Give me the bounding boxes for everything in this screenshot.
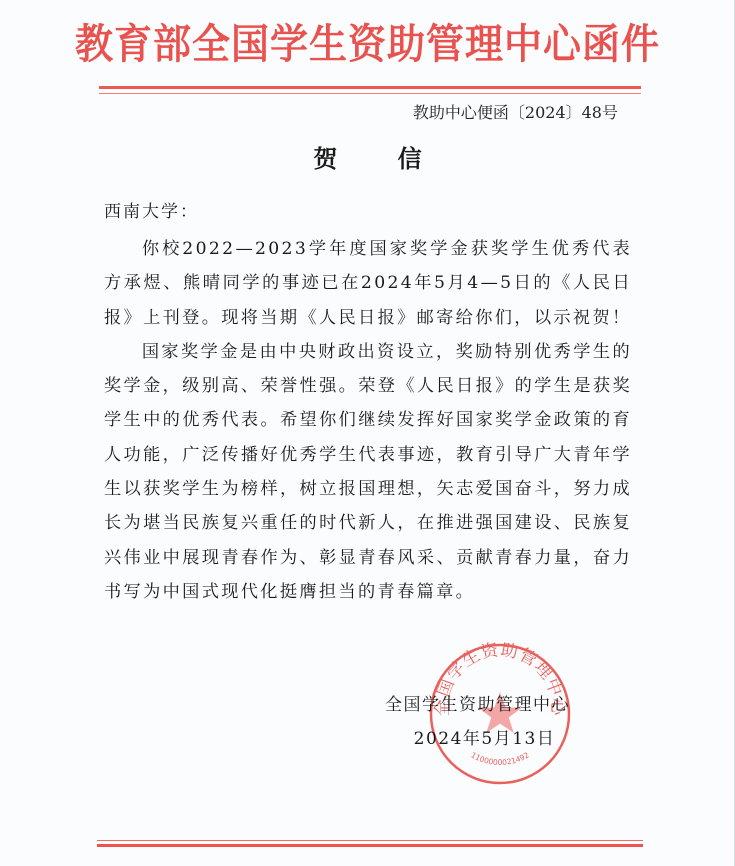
signature-block: 全国学生资助管理中心 2024年5月13日 xyxy=(385,688,570,756)
signature-organization: 全国学生资助管理中心 xyxy=(385,688,570,722)
footer-rule-thick xyxy=(97,844,643,847)
document-number: 教助中心便函〔2024〕48号 xyxy=(413,101,618,125)
salutation: 西南大学： xyxy=(104,199,199,225)
letter-body: 你校2022—2023学年度国家奖学金获奖学生优秀代表方承煜、熊晴同学的事迹已在… xyxy=(104,232,632,609)
body-paragraph-1: 你校2022—2023学年度国家奖学金获奖学生优秀代表方承煜、熊晴同学的事迹已在… xyxy=(104,232,632,335)
footer-rule-thin xyxy=(97,840,643,841)
document-title: 贺 信 xyxy=(0,143,735,175)
letterhead-title: 教育部全国学生资助管理中心函件 xyxy=(0,18,735,70)
letterhead-rule-thick xyxy=(99,86,641,89)
signature-date: 2024年5月13日 xyxy=(385,722,570,756)
letterhead-rule-thin xyxy=(99,93,641,94)
body-paragraph-2: 国家奖学金是由中央财政出资设立，奖励特别优秀学生的奖学金，级别高、荣誉性强。荣登… xyxy=(104,335,632,609)
